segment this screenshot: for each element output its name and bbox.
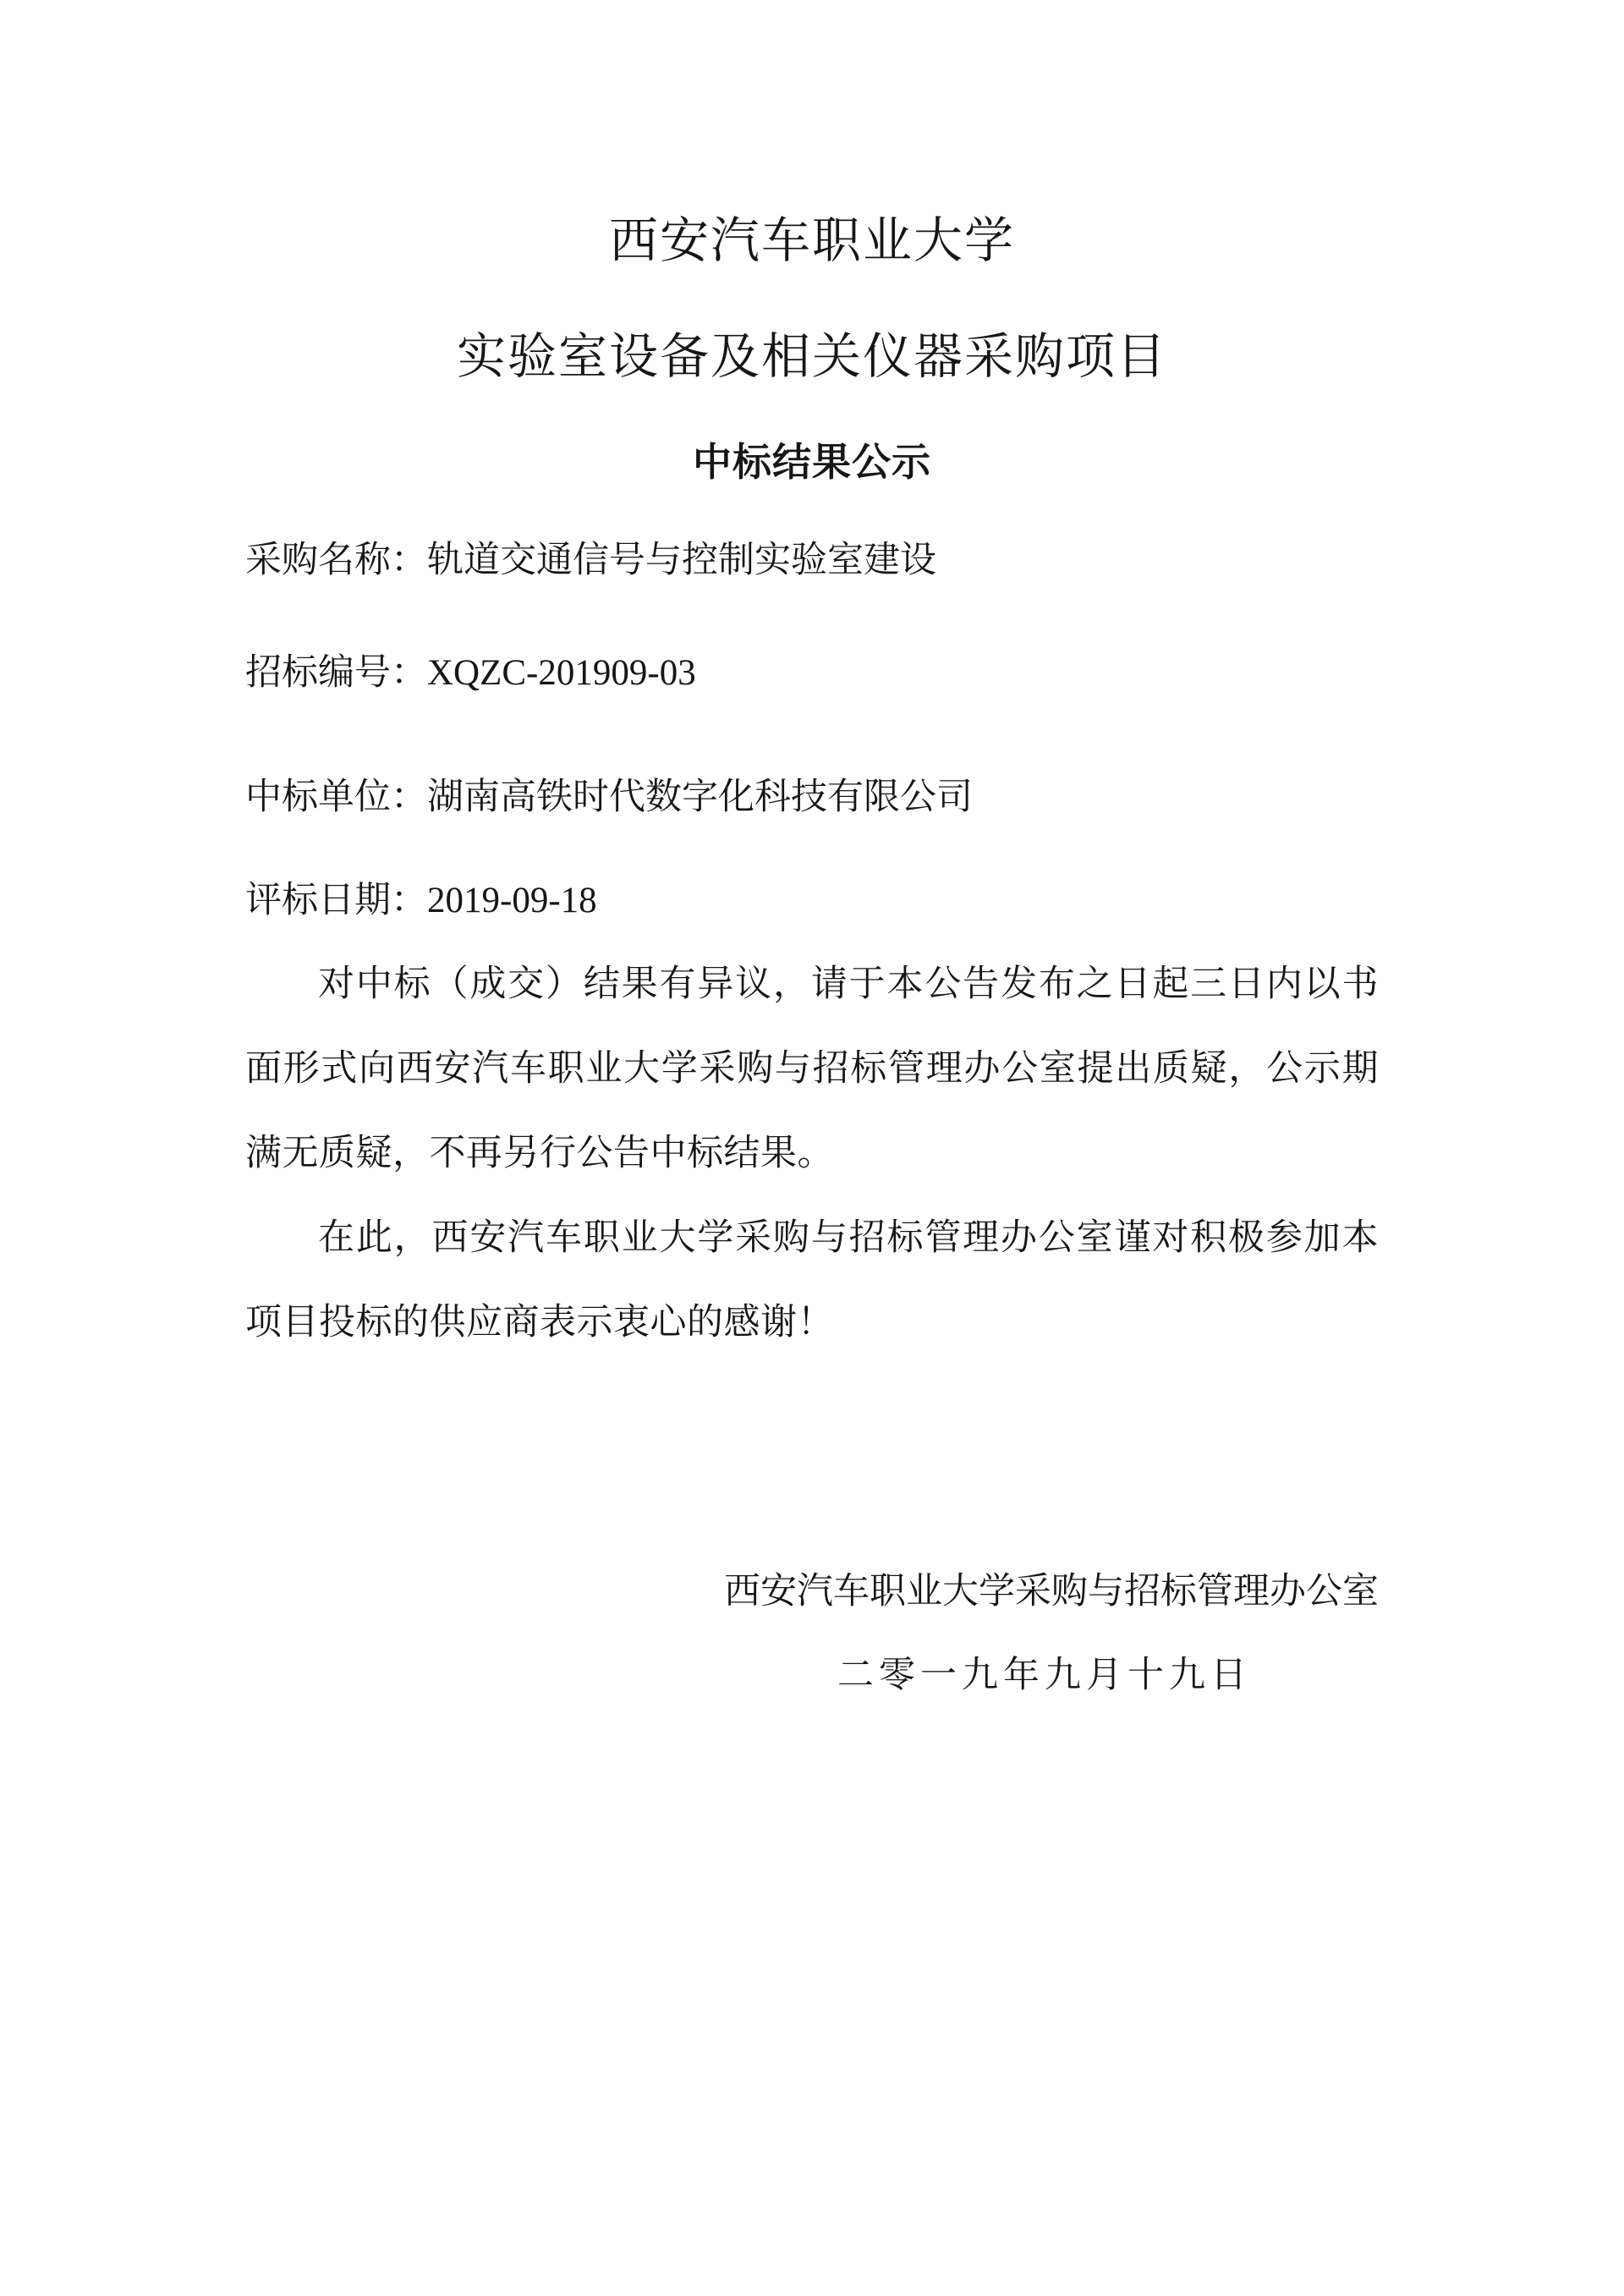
field-winning-bidder: 中标单位：湖南高铁时代数字化科技有限公司 <box>245 777 1379 817</box>
field-evaluation-date: 评标日期：2019-09-18 <box>245 881 1379 920</box>
document-page: 西安汽车职业大学 实验室设备及相关仪器采购项目 中标结果公示 采购名称：轨道交通… <box>0 0 1624 2296</box>
field-tender-number: 招标编号：XQZC-201909-03 <box>245 653 1379 693</box>
section-heading: 中标结果公示 <box>245 442 1379 481</box>
field-label: 招标编号： <box>245 653 427 693</box>
field-value: XQZC-201909-03 <box>427 653 696 693</box>
date-line: 二零一九年九月十九日 <box>245 1656 1379 1695</box>
field-value: 湖南高铁时代数字化科技有限公司 <box>427 777 973 817</box>
paragraph-objection-notice: 对中标（成交）结果有异议，请于本公告发布之日起三日内以书面形式向西安汽车职业大学… <box>245 942 1379 1196</box>
field-procurement-name: 采购名称：轨道交通信号与控制实验室建设 <box>245 541 1379 580</box>
field-label: 评标日期： <box>245 881 427 920</box>
field-label: 采购名称： <box>245 541 427 580</box>
doc-title-line1: 西安汽车职业大学 <box>245 216 1379 267</box>
signature-line: 西安汽车职业大学采购与招标管理办公室 <box>245 1572 1379 1612</box>
paragraph-thanks: 在此，西安汽车职业大学采购与招标管理办公室谨对积极参加本项目投标的供应商表示衷心… <box>245 1196 1379 1365</box>
field-value: 轨道交通信号与控制实验室建设 <box>427 541 936 580</box>
field-label: 中标单位： <box>245 777 427 817</box>
field-value: 2019-09-18 <box>427 881 597 920</box>
doc-title-line2: 实验室设备及相关仪器采购项目 <box>245 332 1379 383</box>
